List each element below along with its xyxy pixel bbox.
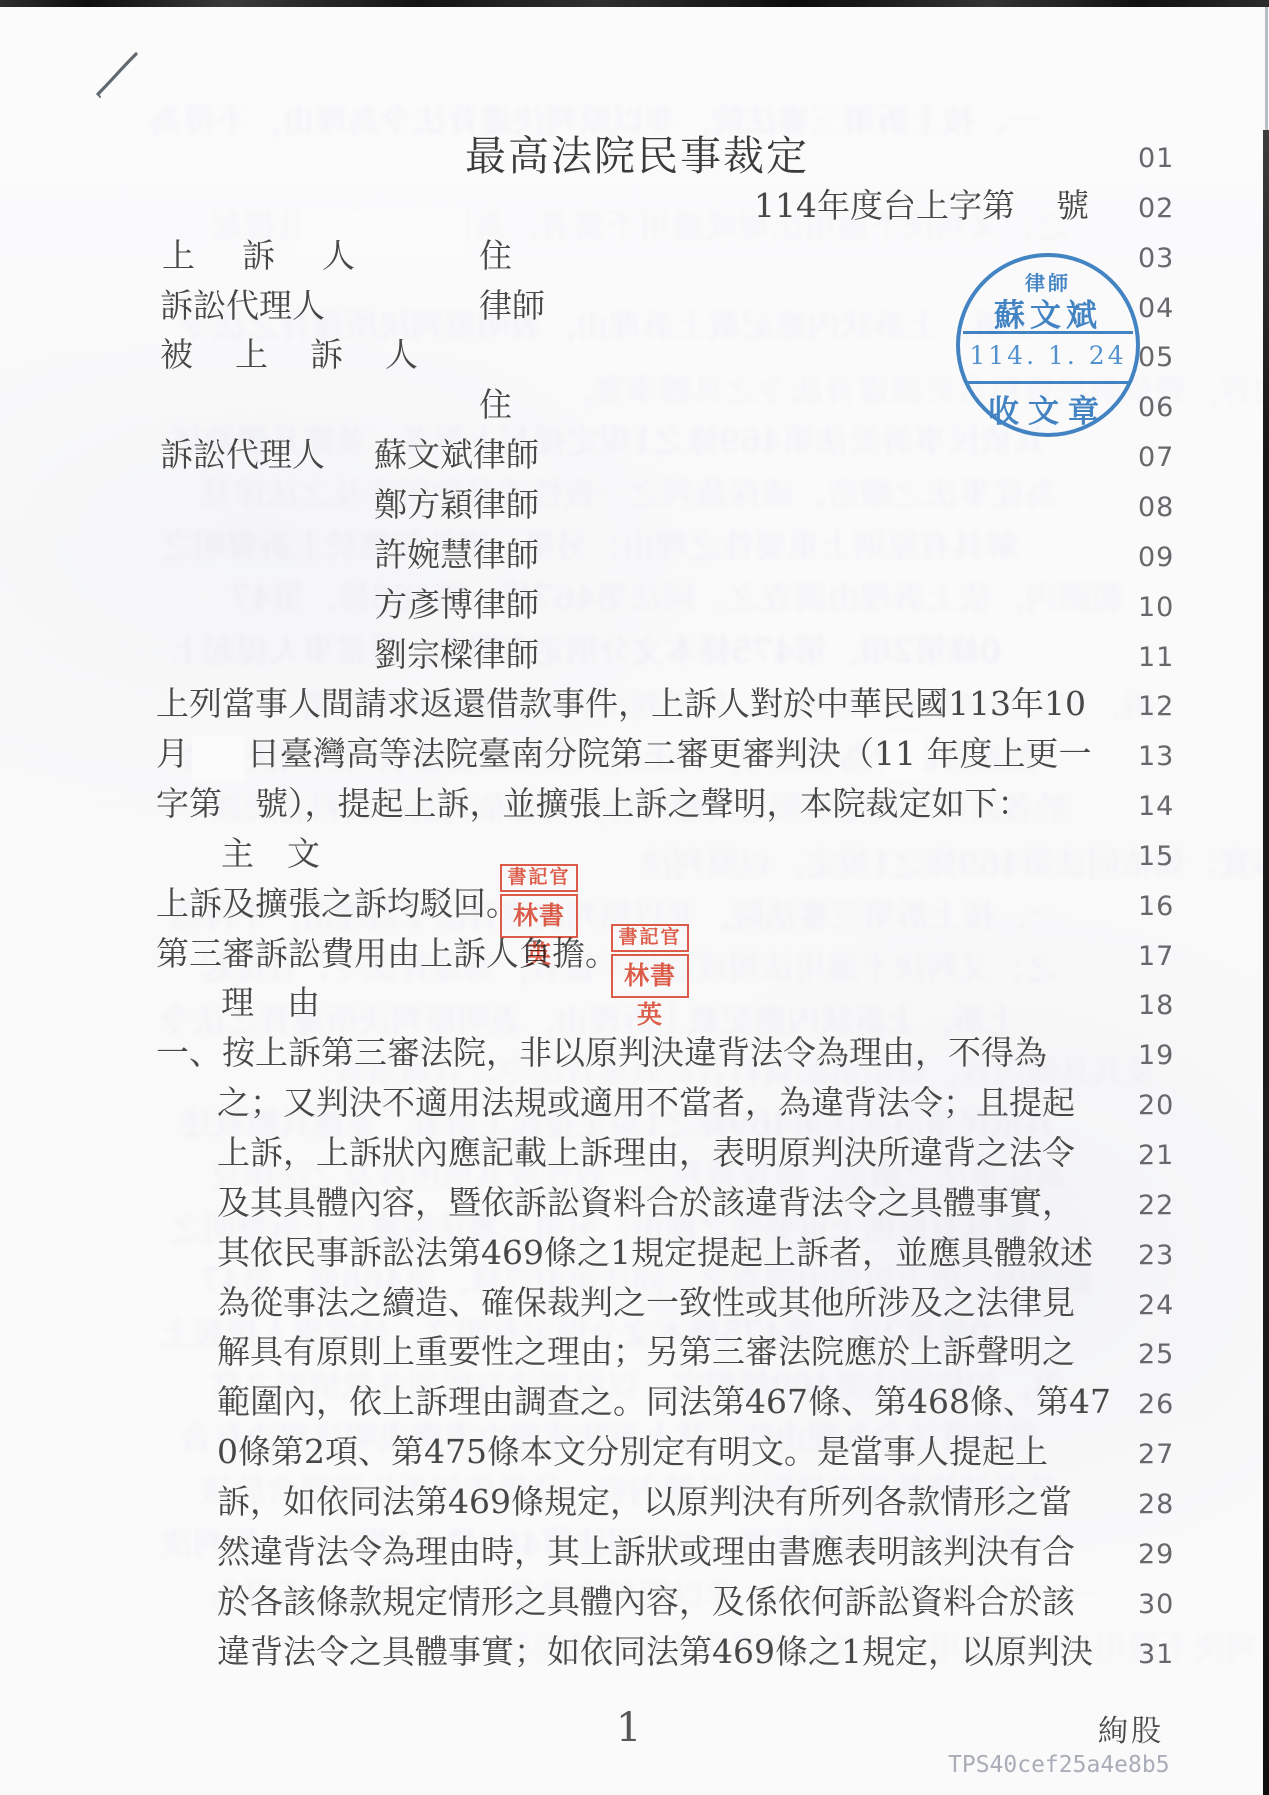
line-text: 之；又判決不適用法規或適用不當者，為違背法令；且提起 — [217, 1078, 1075, 1128]
document-line: 其依民事訴訟法第469條之1規定提起上訴者，並應具體敘述23 — [0, 1228, 1269, 1278]
document-line: 範圍內，依上訴理由調查之。同法第467條、第468條、第4726 — [0, 1377, 1269, 1427]
document-line: 之；又判決不適用法規或適用不當者，為違背法令；且提起20 — [0, 1078, 1269, 1128]
line-text: 違背法令之具體事實；如依同法第469條之1規定，以原判決 — [217, 1627, 1093, 1677]
line-text: 範圍內，依上訴理由調查之。同法第467條、第468條、第47 — [217, 1377, 1111, 1427]
line-number: 26 — [1138, 1380, 1174, 1430]
line-number: 19 — [1138, 1031, 1174, 1081]
line-text: 主 文 — [221, 829, 320, 879]
document-code: TPS40cef25a4e8b5 — [948, 1752, 1170, 1778]
document-line: 方彥博律師10 — [0, 580, 1269, 630]
line-number: 21 — [1138, 1131, 1174, 1181]
line-number: 03 — [1138, 234, 1174, 284]
line-number: 15 — [1138, 832, 1174, 882]
clerk-stamp-name: 林書英 — [500, 894, 578, 938]
line-text: 於各該條款規定情形之具體內容，及係依何訴訟資料合於該 — [217, 1577, 1075, 1627]
line-text: 字第 號），提起上訴，並擴張上訴之聲明，本院裁定如下： — [156, 779, 1031, 829]
document-line: 最高法院民事裁定01 — [0, 131, 1269, 181]
document-line: 主 文15 — [0, 829, 1269, 879]
document-line: 上列當事人間請求返還借款事件，上訴人對於中華民國113年1012 — [0, 679, 1269, 729]
line-number: 18 — [1138, 981, 1174, 1031]
receipt-stamp-divider-bottom — [967, 381, 1129, 384]
document-title: 最高法院民事裁定 — [465, 131, 809, 181]
line-text: 月 — [156, 729, 189, 779]
line-number: 11 — [1138, 633, 1174, 683]
line-number: 30 — [1138, 1580, 1174, 1630]
receipt-stamp-name: 蘇文斌 — [960, 290, 1136, 335]
line-number: 09 — [1138, 533, 1174, 583]
line-text: 訴訟代理人 — [160, 430, 325, 480]
document-line: 上訴，上訴狀內應記載上訴理由，表明原判決所違背之法令21 — [0, 1128, 1269, 1178]
line-text: 律師 — [479, 281, 545, 331]
line-text: 方彥博律師 — [374, 580, 539, 630]
line-number: 27 — [1138, 1430, 1174, 1480]
document-line: 及其具體內容，暨依訴訟資料合於該違背法令之具體事實，22 — [0, 1178, 1269, 1228]
line-text: 鄭方穎律師 — [374, 480, 539, 530]
line-text: 日臺灣高等法院臺南分院第二審更審判決（11 年度上更一 — [247, 729, 1091, 779]
clerk-stamp-name: 林書英 — [611, 954, 689, 998]
line-number: 31 — [1138, 1630, 1174, 1680]
document-line: 於各該條款規定情形之具體內容，及係依何訴訟資料合於該30 — [0, 1577, 1269, 1627]
line-text: 為從事法之續造、確保裁判之一致性或其他所涉及之法律見 — [217, 1278, 1075, 1328]
line-text: 其依民事訴訟法第469條之1規定提起上訴者，並應具體敘述 — [217, 1228, 1093, 1278]
document-line: 字第 號），提起上訴，並擴張上訴之聲明，本院裁定如下：14 — [0, 779, 1269, 829]
pen-scratch-mark — [86, 44, 150, 104]
document-line: 上訴及擴張之訴均駁回。16 — [0, 879, 1269, 929]
line-text: 114年度台上字第 — [754, 181, 1015, 231]
scanned-court-ruling-page: { "document": { "title": "最高法院民事裁定", "li… — [0, 0, 1269, 1795]
clerk-stamp-title: 書記官 — [611, 924, 689, 952]
document-line: 許婉慧律師09 — [0, 530, 1269, 580]
document-line: 為從事法之續造、確保裁判之一致性或其他所涉及之法律見24 — [0, 1278, 1269, 1328]
line-number: 04 — [1138, 284, 1174, 334]
line-number: 01 — [1138, 134, 1174, 184]
receipt-stamp-label: 收文章 — [960, 386, 1136, 431]
document-line: 訴，如依同法第469條規定，以原判決有所列各款情形之當28 — [0, 1477, 1269, 1527]
document-line: 一、按上訴第三審法院，非以原判決違背法令為理由，不得為19 — [0, 1028, 1269, 1078]
line-number: 06 — [1138, 383, 1174, 433]
line-text: 上列當事人間請求返還借款事件，上訴人對於中華民國113年10 — [156, 679, 1086, 729]
line-number: 25 — [1138, 1330, 1174, 1380]
line-number: 16 — [1138, 882, 1174, 932]
line-text: 許婉慧律師 — [374, 530, 539, 580]
line-text: 劉宗樑律師 — [374, 630, 539, 680]
scan-right-edge-faint — [1265, 7, 1268, 130]
line-number: 23 — [1138, 1231, 1174, 1281]
line-text: 理 由 — [221, 978, 320, 1028]
line-text: 然違背法令為理由時，其上訴狀或理由書應表明該判決有合 — [217, 1527, 1075, 1577]
scan-right-edge-artifact — [1263, 130, 1269, 1795]
line-text: 訴，如依同法第469條規定，以原判決有所列各款情形之當 — [217, 1477, 1072, 1527]
line-number: 22 — [1138, 1181, 1174, 1231]
court-unit-label: 絢股 — [1098, 1706, 1164, 1750]
line-text: 蘇文斌律師 — [374, 430, 539, 480]
document-line: 鄭方穎律師08 — [0, 480, 1269, 530]
line-number: 20 — [1138, 1081, 1174, 1131]
line-number: 24 — [1138, 1281, 1174, 1331]
line-number: 08 — [1138, 483, 1174, 533]
document-line: 0條第2項、第475條本文分別定有明文。是當事人提起上27 — [0, 1427, 1269, 1477]
line-number: 07 — [1138, 433, 1174, 483]
line-number: 14 — [1138, 782, 1174, 832]
line-number: 17 — [1138, 932, 1174, 982]
line-number: 28 — [1138, 1480, 1174, 1530]
line-text: 0條第2項、第475條本文分別定有明文。是當事人提起上 — [217, 1427, 1048, 1477]
receipt-stamp-date: 114. 1. 24 — [960, 341, 1136, 370]
document-line: 解具有原則上重要性之理由；另第三審法院應於上訴聲明之25 — [0, 1327, 1269, 1377]
line-number: 13 — [1138, 732, 1174, 782]
clerk-stamp: 書記官 林書英 — [500, 864, 578, 938]
line-text: 住 — [479, 231, 512, 281]
line-text: 上訴及擴張之訴均駁回。 — [156, 879, 519, 929]
line-number: 29 — [1138, 1530, 1174, 1580]
line-number: 02 — [1138, 184, 1174, 234]
line-text: 上訴人 — [162, 231, 402, 281]
line-text: 一、按上訴第三審法院，非以原判決違背法令為理由，不得為 — [156, 1028, 1047, 1078]
line-number: 10 — [1138, 583, 1174, 633]
receipt-stamp-divider-top — [963, 331, 1133, 334]
line-number: 05 — [1138, 333, 1174, 383]
line-text: 被上訴人 — [160, 330, 460, 380]
line-number: 12 — [1138, 682, 1174, 732]
document-line: 114年度台上字第號02 — [0, 181, 1269, 231]
page-number: 1 — [616, 1705, 641, 1751]
line-text: 及其具體內容，暨依訴訟資料合於該違背法令之具體事實， — [217, 1178, 1075, 1228]
scan-top-edge-artifact — [0, 0, 1269, 7]
document-line: 劉宗樑律師11 — [0, 630, 1269, 680]
line-text: 解具有原則上重要性之理由；另第三審法院應於上訴聲明之 — [217, 1327, 1075, 1377]
line-text: 訴訟代理人 — [160, 281, 325, 331]
clerk-stamp-title: 書記官 — [500, 864, 578, 892]
line-text: 住 — [479, 380, 512, 430]
clerk-stamp: 書記官 林書英 — [611, 924, 689, 998]
document-line: 違背法令之具體事實；如依同法第469條之1規定，以原判決31 — [0, 1627, 1269, 1677]
document-line: 訴訟代理人蘇文斌律師07 — [0, 430, 1269, 480]
document-line: 月日臺灣高等法院臺南分院第二審更審判決（11 年度上更一13 — [0, 729, 1269, 779]
line-text: 上訴，上訴狀內應記載上訴理由，表明原判決所違背之法令 — [217, 1128, 1075, 1178]
document-line: 然違背法令為理由時，其上訴狀或理由書應表明該判決有合29 — [0, 1527, 1269, 1577]
line-text: 號 — [1056, 181, 1089, 231]
lawyer-receipt-stamp: 律師 蘇文斌 114. 1. 24 收文章 — [956, 253, 1140, 437]
